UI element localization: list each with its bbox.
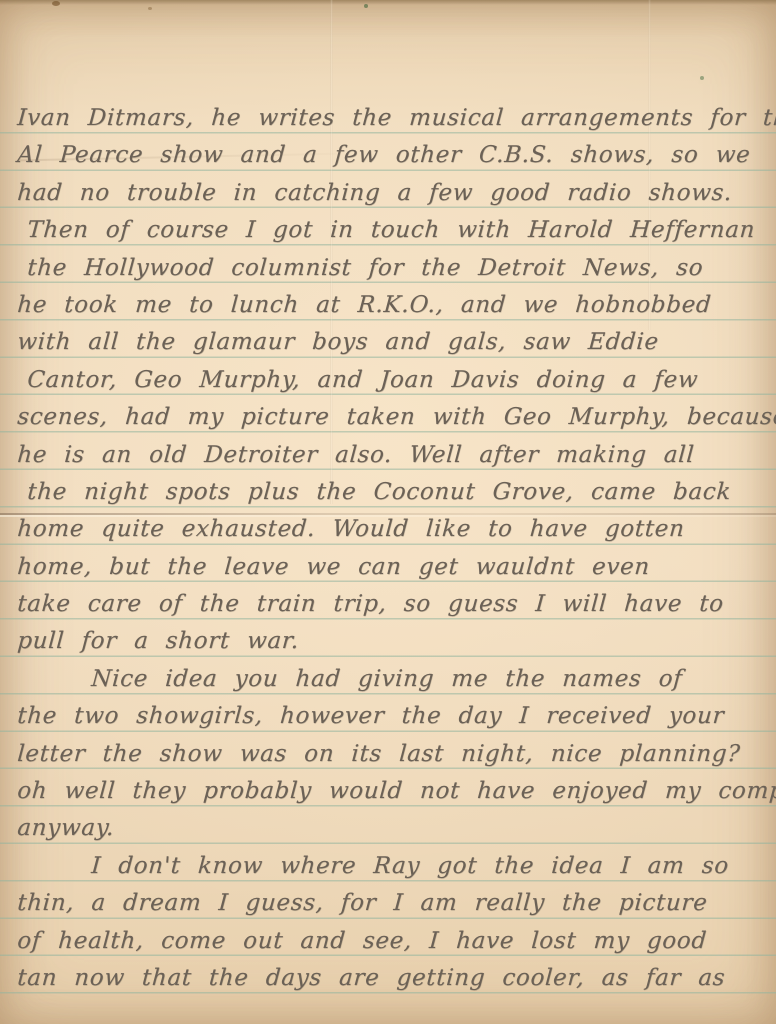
stain-dot — [700, 76, 704, 80]
letter-line: I don't know where Ray got the idea I am… — [16, 848, 771, 885]
stain-dot — [52, 1, 60, 6]
letter-line: anyway. — [16, 810, 771, 847]
letter-line: with all the glamaur boys and gals, saw … — [16, 324, 771, 361]
letter-line: home quite exhausted. Would like to have… — [16, 511, 771, 548]
stain-dot — [364, 4, 368, 8]
letter-line: Ivan Ditmars, he writes the musical arra… — [16, 100, 771, 137]
letter-line: Nice idea you had giving me the names of — [16, 661, 771, 698]
letter-line: tan now that the days are getting cooler… — [16, 960, 771, 997]
letter-line: he is an old Detroiter also. Well after … — [16, 437, 771, 474]
letter-line: had no trouble in catching a few good ra… — [16, 175, 771, 212]
letter-line: home, but the leave we can get wauldnt e… — [16, 549, 771, 586]
letter-line: of health, come out and see, I have lost… — [16, 923, 771, 960]
letter-line: scenes, had my picture taken with Geo Mu… — [16, 399, 771, 436]
letter-line: the Hollywood columnist for the Detroit … — [16, 250, 771, 287]
letter-line: thin, a dream I guess, for I am really t… — [16, 885, 771, 922]
letter-line: the two showgirls, however the day I rec… — [16, 698, 771, 735]
stain-dot — [148, 7, 152, 10]
letter-line: letter the show was on its last night, n… — [16, 736, 771, 773]
paper-top-edge — [0, 0, 776, 5]
letter-line: oh well they probably would not have enj… — [16, 773, 771, 810]
letter-line: Al Pearce show and a few other C.B.S. sh… — [16, 137, 771, 174]
letter-line: Then of course I got in touch with Harol… — [16, 212, 771, 249]
letter-line: take care of the train trip, so guess I … — [16, 586, 771, 623]
letter-line: he took me to lunch at R.K.O., and we ho… — [16, 287, 771, 324]
letter-body: Ivan Ditmars, he writes the musical arra… — [16, 96, 768, 993]
letter-page: Ivan Ditmars, he writes the musical arra… — [0, 0, 776, 1024]
letter-line: Cantor, Geo Murphy, and Joan Davis doing… — [16, 362, 771, 399]
letter-line: the night spots plus the Coconut Grove, … — [16, 474, 771, 511]
letter-line: pull for a short war. — [16, 623, 771, 660]
